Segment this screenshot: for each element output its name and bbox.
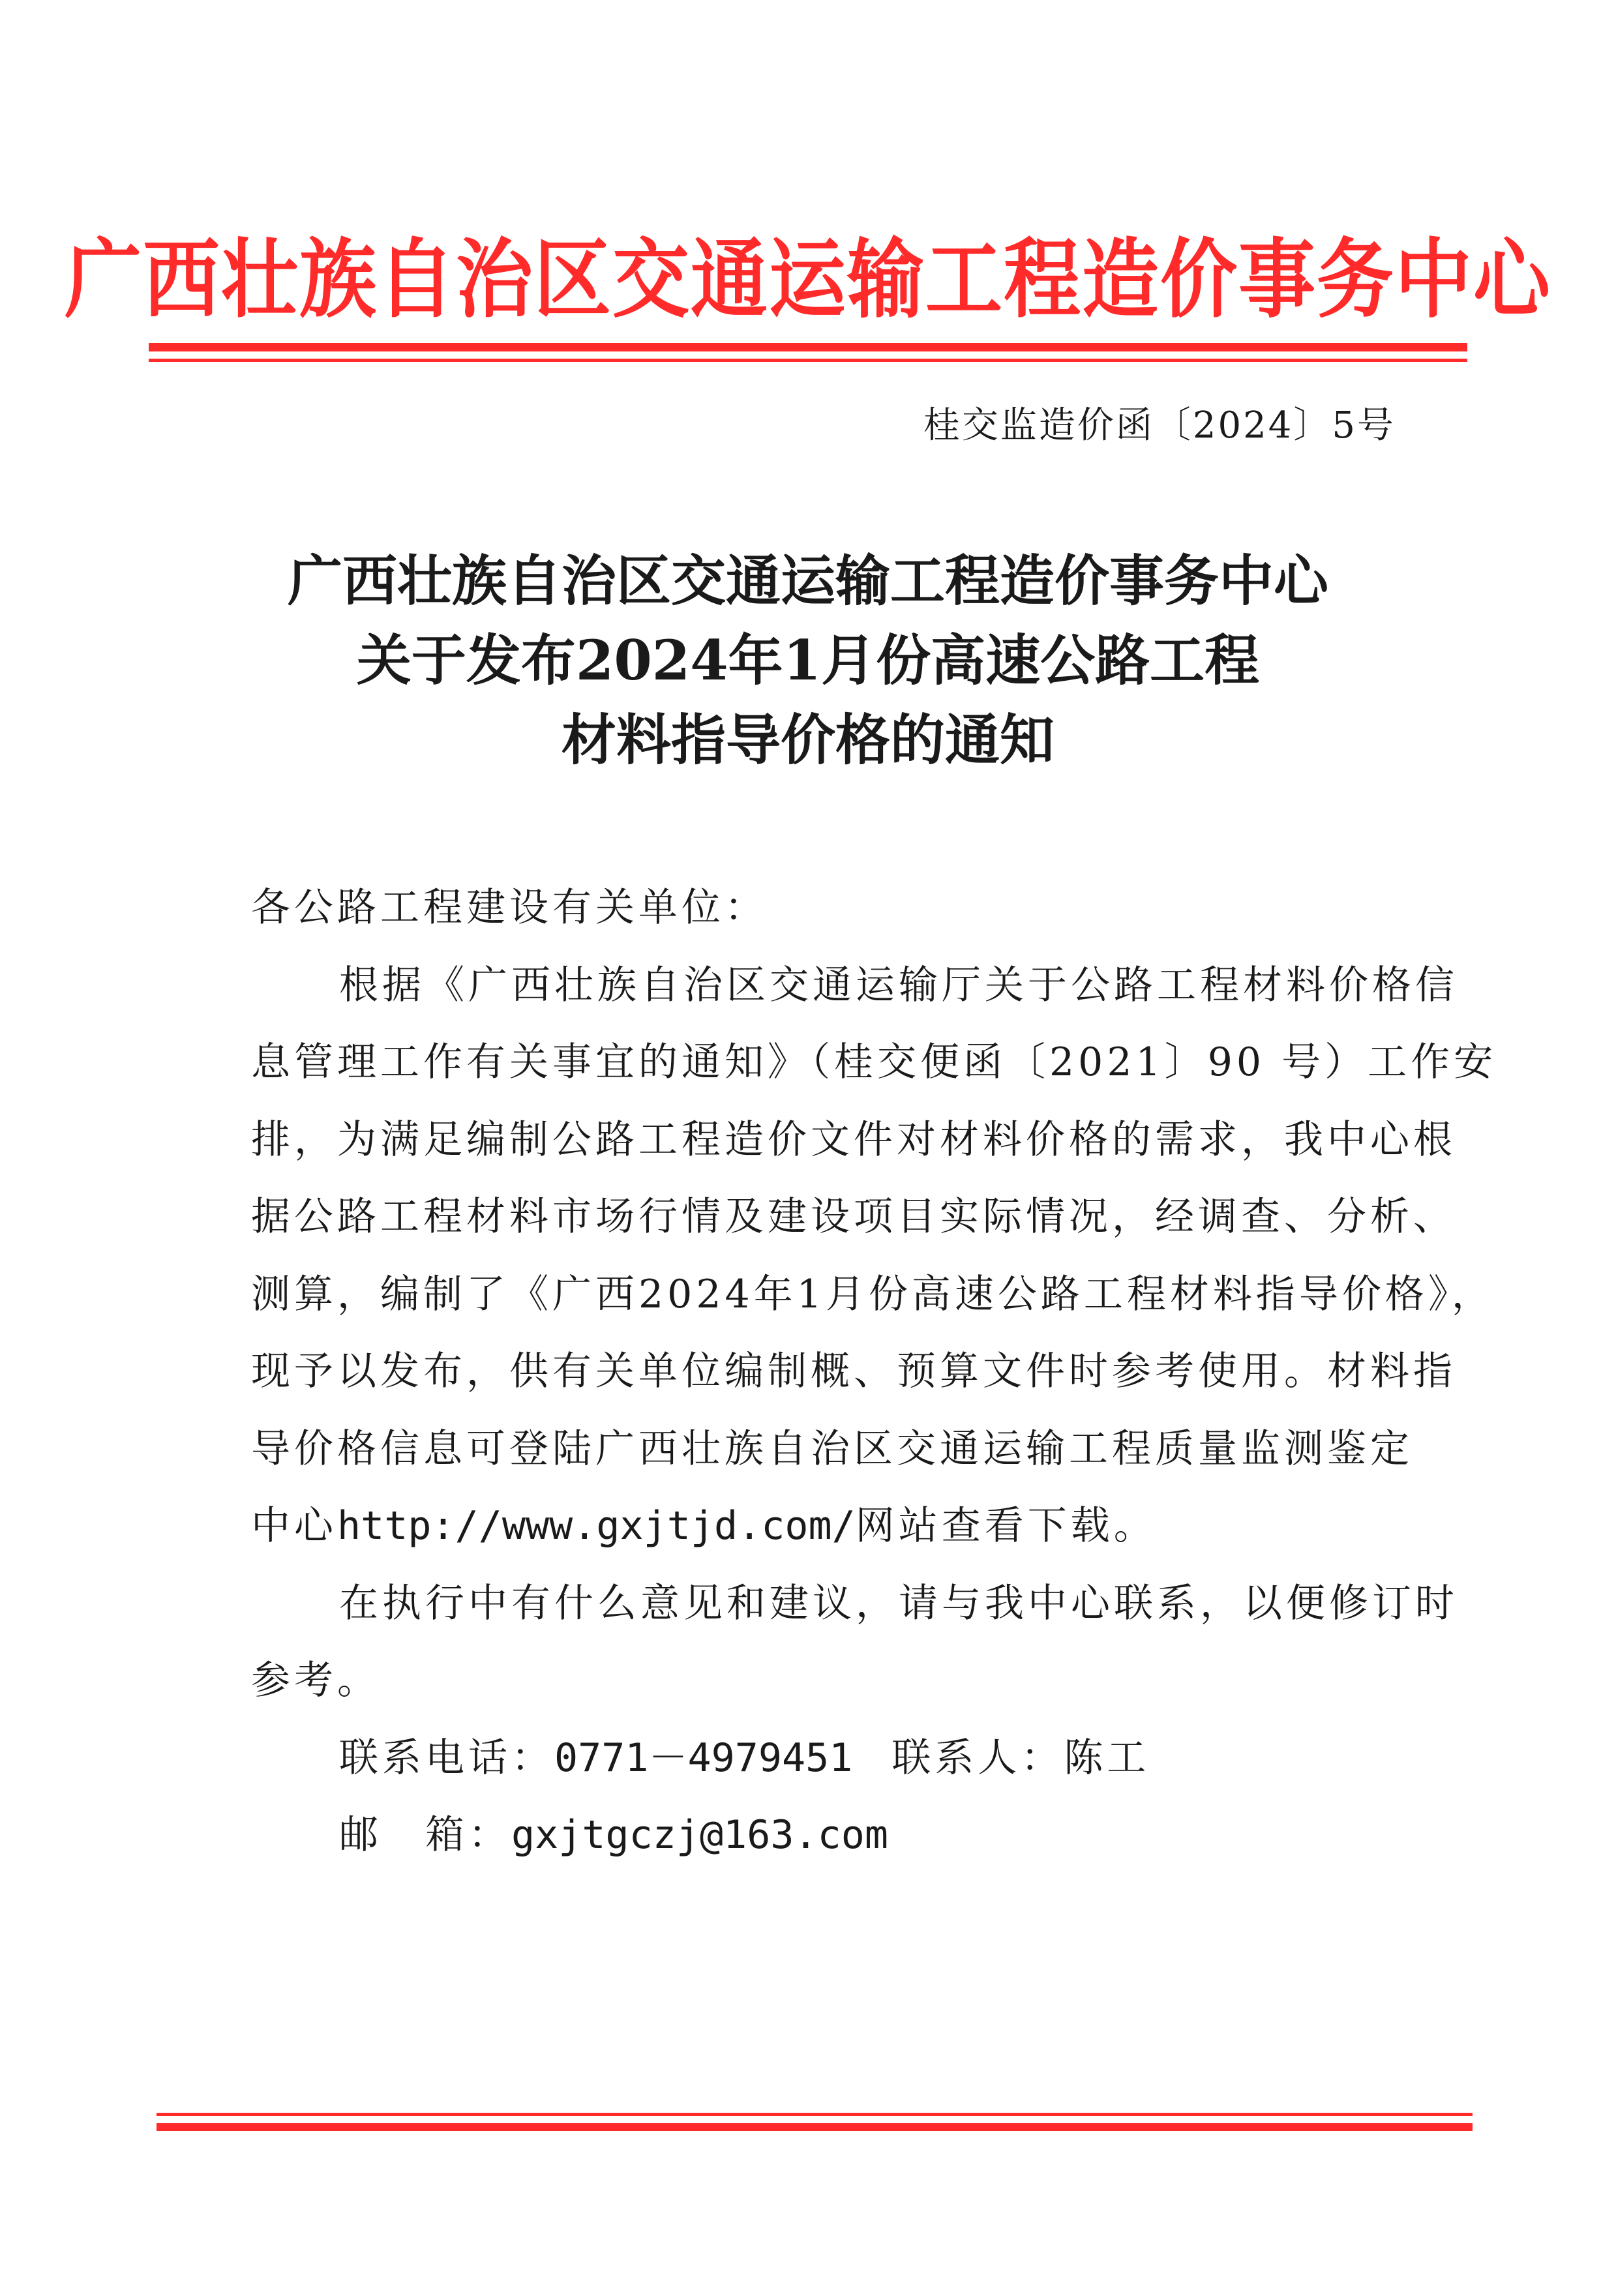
paragraph-2-line: 在执行中有什么意见和建议，请与我中心联系，以便修订时 xyxy=(251,1565,1412,1643)
contact-email-row: 邮 箱：gxjtgczj@163.com xyxy=(251,1797,1412,1874)
paragraph-1-line: 根据《广西壮族自治区交通运输厅关于公路工程材料价格信 xyxy=(251,947,1412,1024)
masthead-org-name: 广西壮族自治区交通运输工程造价事务中心 xyxy=(0,210,1616,334)
document-body: 各公路工程建设有关单位： 根据《广西壮族自治区交通运输厅关于公路工程材料价格信 … xyxy=(251,869,1412,1874)
phone-label: 联系电话： xyxy=(339,1735,554,1781)
contact-person-label: 联系人： xyxy=(891,1735,1064,1781)
contact-phone-row: 联系电话：0771－4979451联系人：陈工 xyxy=(251,1720,1412,1797)
contact-person: 陈工 xyxy=(1064,1735,1150,1781)
document-number: 桂交监造价函〔2024〕5号 xyxy=(923,396,1396,449)
document-title: 广西壮族自治区交通运输工程造价事务中心 关于发布2024年1月份高速公路工程 材… xyxy=(0,541,1616,780)
paragraph-1-suffix: 网站查看下载。 xyxy=(856,1503,1157,1549)
paragraph-1-prefix: 中心 xyxy=(251,1503,337,1549)
top-thick-red-rule xyxy=(149,343,1467,351)
email-label: 邮 箱： xyxy=(339,1812,511,1858)
paragraph-1-line: 排，为满足编制公路工程造价文件对材料价格的需求，我中心根 xyxy=(251,1101,1412,1179)
email-address[interactable]: gxjtgczj@163.com xyxy=(511,1812,888,1858)
paragraph-1-line: 现予以发布，供有关单位编制概、预算文件时参考使用。材料指 xyxy=(251,1333,1412,1410)
bottom-thin-red-rule xyxy=(157,2113,1473,2116)
salutation: 各公路工程建设有关单位： xyxy=(251,869,1412,947)
bottom-thick-red-rule xyxy=(157,2123,1473,2131)
paragraph-1-line: 据公路工程材料市场行情及建设项目实际情况，经调查、分析、 xyxy=(251,1178,1412,1256)
paragraph-1-line: 测算，编制了《广西2024年1月份高速公路工程材料指导价格》， xyxy=(251,1256,1412,1334)
top-thin-red-rule xyxy=(149,359,1467,362)
phone-number: 0771－4979451 xyxy=(554,1735,852,1781)
title-line-3: 材料指导价格的通知 xyxy=(0,700,1616,780)
title-line-1: 广西壮族自治区交通运输工程造价事务中心 xyxy=(0,541,1616,621)
paragraph-2-line: 参考。 xyxy=(251,1642,1412,1720)
paragraph-1-line: 导价格信息可登陆广西壮族自治区交通运输工程质量监测鉴定 xyxy=(251,1410,1412,1488)
website-link[interactable]: http://www.gxjtjd.com/ xyxy=(337,1503,856,1549)
paragraph-1-last-line: 中心http://www.gxjtjd.com/网站查看下载。 xyxy=(251,1487,1412,1565)
title-line-2: 关于发布2024年1月份高速公路工程 xyxy=(0,621,1616,700)
paragraph-1-line: 息管理工作有关事宜的通知》（桂交便函〔2021〕90 号）工作安 xyxy=(251,1024,1412,1101)
